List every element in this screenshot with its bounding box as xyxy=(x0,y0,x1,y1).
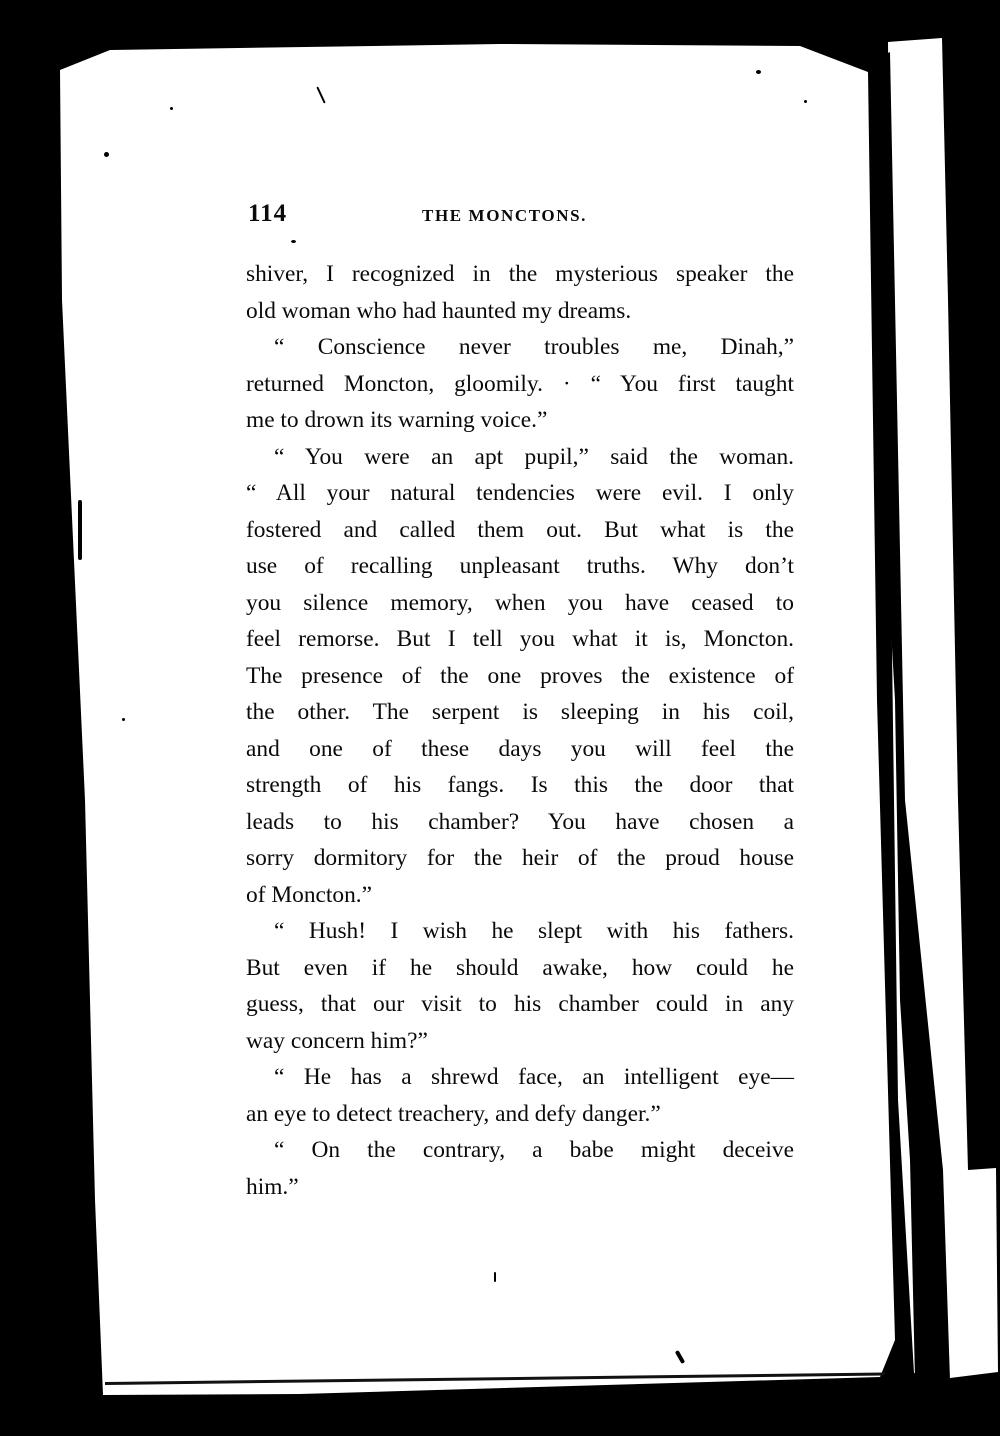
text-line: feel remorse. But I tell you what it is,… xyxy=(246,621,794,658)
text-line: “ On the contrary, a babe might deceive xyxy=(246,1132,794,1169)
scan-speck xyxy=(291,240,296,243)
text-line: The presence of the one proves the exist… xyxy=(246,658,794,695)
scan-speck xyxy=(122,718,125,721)
text-line: way concern him?” xyxy=(246,1023,794,1060)
text-line: leads to his chamber? You have chosen a xyxy=(246,804,794,841)
text-line: him.” xyxy=(246,1169,794,1206)
text-line: “ You were an apt pupil,” said the woman… xyxy=(246,439,794,476)
text-line: strength of his fangs. Is this the door … xyxy=(246,767,794,804)
text-line: “ All your natural tendencies were evil.… xyxy=(246,475,794,512)
scanned-page: 114 THE MONCTONS. shiver, I recognized i… xyxy=(0,0,1000,1436)
text-line: and one of these days you will feel the xyxy=(246,731,794,768)
text-line: But even if he should awake, how could h… xyxy=(246,950,794,987)
running-title: THE MONCTONS. xyxy=(422,206,587,226)
scan-speck xyxy=(756,70,761,74)
scan-speck xyxy=(170,107,173,110)
text-line: old woman who had haunted my dreams. xyxy=(246,293,794,330)
text-line: of Moncton.” xyxy=(246,877,794,914)
text-line: an eye to detect treachery, and defy dan… xyxy=(246,1096,794,1133)
scan-speck xyxy=(78,500,82,560)
text-line: “ Conscience never troubles me, Dinah,” xyxy=(246,329,794,366)
page-header: 114 THE MONCTONS. xyxy=(248,200,798,236)
text-line: you silence memory, when you have ceased… xyxy=(246,585,794,622)
text-line: “ He has a shrewd face, an intelligent e… xyxy=(246,1059,794,1096)
text-line: “ Hush! I wish he slept with his fathers… xyxy=(246,913,794,950)
text-line: use of recalling unpleasant truths. Why … xyxy=(246,548,794,585)
text-line: returned Moncton, gloomily. · “ You firs… xyxy=(246,366,794,403)
text-line: fostered and called them out. But what i… xyxy=(246,512,794,549)
scan-speck xyxy=(804,100,807,103)
body-text: shiver, I recognized in the mysterious s… xyxy=(246,256,794,1205)
text-line: sorry dormitory for the heir of the prou… xyxy=(246,840,794,877)
text-line: shiver, I recognized in the mysterious s… xyxy=(246,256,794,293)
text-line: the other. The serpent is sleeping in hi… xyxy=(246,694,794,731)
text-line: me to drown its warning voice.” xyxy=(246,402,794,439)
scan-speck xyxy=(86,960,89,1120)
scan-speck xyxy=(104,152,109,157)
text-line: guess, that our visit to his chamber cou… xyxy=(246,986,794,1023)
page-number: 114 xyxy=(248,200,287,228)
scan-speck xyxy=(494,1272,496,1282)
